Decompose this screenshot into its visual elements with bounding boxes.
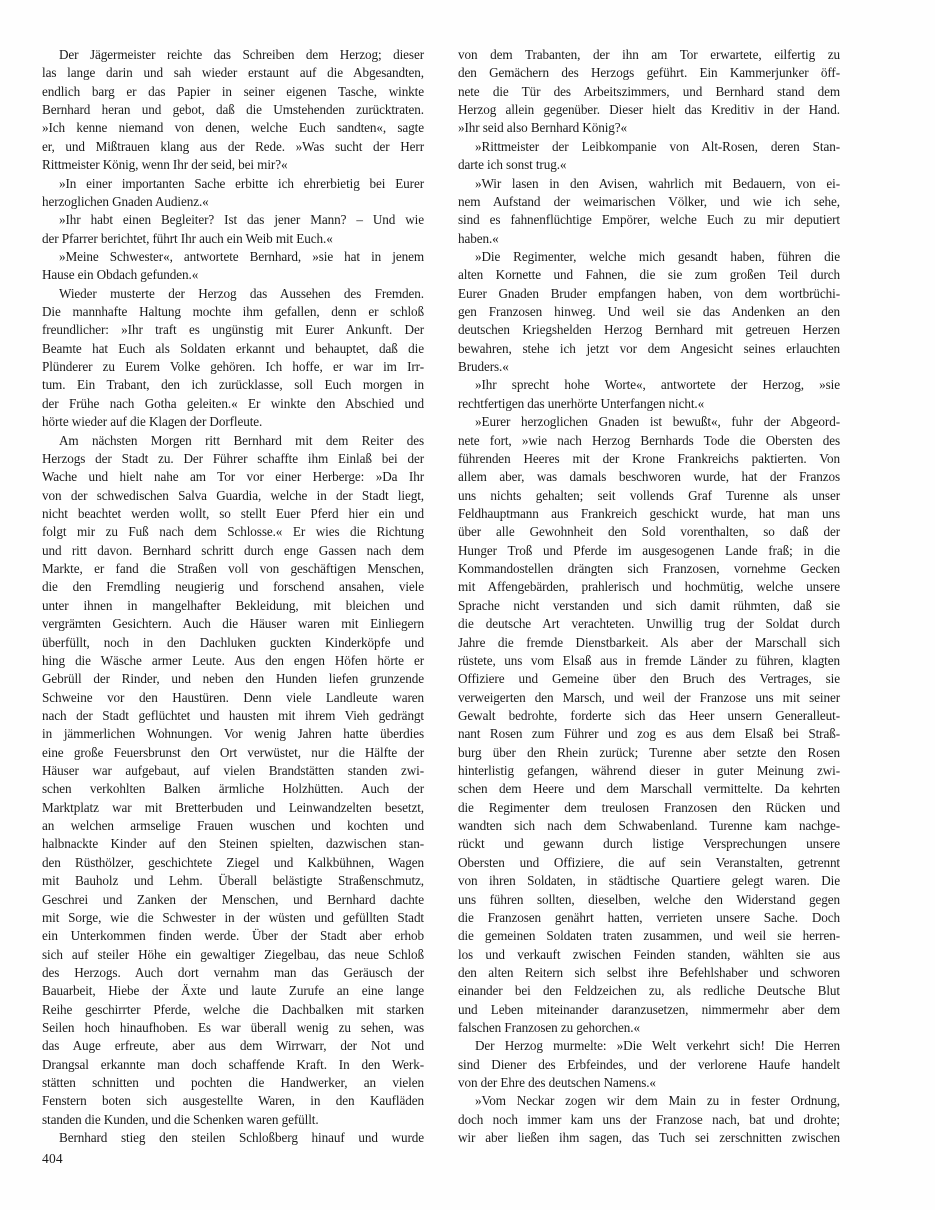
text-line: »Meine Schwester«, antwortete Bernhard, … — [42, 248, 424, 266]
text-line: mit Affengebärden, prahlerisch und hochm… — [458, 578, 840, 596]
text-line: führenden Heeres mit der Krone Frankreic… — [458, 450, 840, 468]
text-line: »In einer importanten Sache erbitte ich … — [42, 175, 424, 193]
text-line: Beamte hat Euch als Soldaten erkannt und… — [42, 340, 424, 358]
text-line: hörte wieder auf die Klagen der Dorfleut… — [42, 413, 424, 431]
text-line: von der Ehre des deutschen Namens.« — [458, 1074, 840, 1092]
text-line: Fenstern boten sich ausgestellte Waren, … — [42, 1092, 424, 1110]
text-line: falschen Franzosen zu gehorchen.« — [458, 1019, 840, 1037]
text-line: las lange darin und sah wieder erstaunt … — [42, 64, 424, 82]
text-line: bewahren, stehe ich jetzt vor dem Angesi… — [458, 340, 840, 358]
text-line: die Regimenter dem treulosen Franzosen d… — [458, 799, 840, 817]
text-line: nicht beachtet werden wollt, so stellt E… — [42, 505, 424, 523]
paragraph: »Vom Neckar zogen wir dem Main zu in fes… — [458, 1092, 840, 1147]
text-line: »Rittmeister der Leibkompanie von Alt-Ro… — [458, 138, 840, 156]
text-line: Schweine vor den Haustüren. Denn viele L… — [42, 689, 424, 707]
paragraph: »Rittmeister der Leibkompanie von Alt-Ro… — [458, 138, 840, 175]
page-number: 404 — [42, 1151, 63, 1167]
text-line: sind Diener des Erbfeindes, und der verl… — [458, 1056, 840, 1074]
text-line: los und verkauft zwischen Feinden stande… — [458, 946, 840, 964]
text-line: der Pfarrer berichtet, führt Ihr auch ei… — [42, 230, 424, 248]
text-line: doch noch immer kam uns der Franzose nac… — [458, 1111, 840, 1129]
text-line: von der schwedischen Salva Guardia, welc… — [42, 487, 424, 505]
text-line: Hause ein Obdach gefunden.« — [42, 266, 424, 284]
text-line: Gebrüll der Rinder, und neben den Hunden… — [42, 670, 424, 688]
text-line: rückt und gewann durch listige Versprech… — [458, 835, 840, 853]
text-line: nem Aufstand der weimarischen Völker, un… — [458, 193, 840, 211]
text-line: er, und Mißtrauen klang aus der Rede. »W… — [42, 138, 424, 156]
text-line: Feldhauptmann aus Frankreich geschickt w… — [458, 505, 840, 523]
right-column: von dem Trabanten, der ihn am Tor erwart… — [458, 46, 840, 1148]
text-line: wir aber ließen ihm sagen, das Tuch sei … — [458, 1129, 840, 1147]
text-line: in jämmerlichen Wohnungen. Vor wenig Jah… — [42, 725, 424, 743]
text-line: und ritt davon. Bernhard schritt durch e… — [42, 542, 424, 560]
text-line: Wache und hielt nahe am Tor vor einer He… — [42, 468, 424, 486]
paragraph: »Meine Schwester«, antwortete Bernhard, … — [42, 248, 424, 285]
text-line: nach der Stadt geflüchtet und hausten mi… — [42, 707, 424, 725]
text-line: die den Fremdling neugierig und forschen… — [42, 578, 424, 596]
text-line: Der Herzog murmelte: »Die Welt verkehrt … — [458, 1037, 840, 1055]
text-line: Bernhard stieg den steilen Schloßberg hi… — [42, 1129, 424, 1147]
text-line: Häuser war aufgebaut, auf vielen Brandst… — [42, 762, 424, 780]
text-line: unter ihnen in mangelhafter Bekleidung, … — [42, 597, 424, 615]
text-line: »Ich kenne niemand von denen, welche Euc… — [42, 119, 424, 137]
text-line: rüstete, uns vom Elsaß aus in fremde Län… — [458, 652, 840, 670]
paragraph: »Ihr habt einen Begleiter? Ist das jener… — [42, 211, 424, 248]
text-line: eine große Feuersbrunst den Ort verwüste… — [42, 744, 424, 762]
text-line: die gemeinen Soldaten traten zusammen, u… — [458, 927, 840, 945]
text-line: vergrämten Gesichtern. Auch die Häuser w… — [42, 615, 424, 633]
text-line: sind es fahnenflüchtige Empörer, welche … — [458, 211, 840, 229]
text-line: Geschrei und Zanken der Menschen, und Be… — [42, 891, 424, 909]
text-line: den Gemächern des Herzogs geführt. Ein K… — [458, 64, 840, 82]
text-line: Bruders.« — [458, 358, 840, 376]
paragraph: Bernhard stieg den steilen Schloßberg hi… — [42, 1129, 424, 1147]
book-page: Der Jägermeister reichte das Schreiben d… — [0, 0, 935, 1210]
text-line: hing die Wäsche armer Leute. Aus den eng… — [42, 652, 424, 670]
text-line: Kommandostellen drängten sich Franzosen,… — [458, 560, 840, 578]
text-line: nete die Tür des Arbeitszimmers, und Ber… — [458, 83, 840, 101]
text-line: nant Rosen zum Führer und zog es aus dem… — [458, 725, 840, 743]
text-line: uns nichts gehalten; seit vollends Graf … — [458, 487, 840, 505]
text-line: Bernhard heran und gebot, daß die Umsteh… — [42, 101, 424, 119]
text-line: Herzogs der Stadt zu. Der Führer schafft… — [42, 450, 424, 468]
text-line: »Eurer herzoglichen Gnaden ist bewußt«, … — [458, 413, 840, 431]
text-line: den Rüsthölzer, geschichtete Ziegel und … — [42, 854, 424, 872]
text-line: Herzog allein gegenüber. Dieser hielt da… — [458, 101, 840, 119]
text-line: überfüllt, noch in den Dachluken guckten… — [42, 634, 424, 652]
text-line: stätten schnitten und pochten die Handwe… — [42, 1074, 424, 1092]
text-line: Gewalt bedrohte, forderte sich das Heer … — [458, 707, 840, 725]
text-line: schen dem Heere und dem Marschall vermit… — [458, 780, 840, 798]
text-line: Hunger Troß und Pferde im ausgesogenen L… — [458, 542, 840, 560]
text-line: die Franzosen genährt hatten, verrieten … — [458, 909, 840, 927]
text-line: die deutsche Art verachteten. Unwillig t… — [458, 615, 840, 633]
text-line: des Herzogs. Auch dort vernahm man das G… — [42, 964, 424, 982]
text-line: Bauarbeit, Hiebe der Äxte und laute Zuru… — [42, 982, 424, 1000]
text-line: den alten Reitern sich selbst ihre Befeh… — [458, 964, 840, 982]
text-line: Obersten und Offiziere, die auf sein Ver… — [458, 854, 840, 872]
text-line: an welchen armselige Frauen wuschen und … — [42, 817, 424, 835]
paragraph: Der Jägermeister reichte das Schreiben d… — [42, 46, 424, 175]
text-line: »Die Regimenter, welche mich gesandt hab… — [458, 248, 840, 266]
text-line: Sprache nicht verstanden und sich damit … — [458, 597, 840, 615]
text-line: alten Kornette und Fahnen, die sie zum g… — [458, 266, 840, 284]
text-line: Rittmeister König, wenn Ihr der seid, be… — [42, 156, 424, 174]
paragraph: Wieder musterte der Herzog das Aussehen … — [42, 285, 424, 432]
text-line: burg über den Rhein zurück; Turenne aber… — [458, 744, 840, 762]
text-line: »Wir lasen in den Avisen, wahrlich mit B… — [458, 175, 840, 193]
text-line: »Ihr seid also Bernhard König?« — [458, 119, 840, 137]
text-line: schen verkohlten Balken ärmliche Holzhüt… — [42, 780, 424, 798]
left-column: Der Jägermeister reichte das Schreiben d… — [42, 46, 424, 1148]
paragraph: Am nächsten Morgen ritt Bernhard mit dem… — [42, 432, 424, 1130]
text-line: standen die Kunden, und die Schenken war… — [42, 1111, 424, 1129]
text-line: deutschen Kriegshelden Herzog Bernhard m… — [458, 321, 840, 339]
paragraph: »Wir lasen in den Avisen, wahrlich mit B… — [458, 175, 840, 248]
text-line: einander bei den Feldzeichen zu, als red… — [458, 982, 840, 1000]
text-columns: Der Jägermeister reichte das Schreiben d… — [42, 46, 840, 1148]
paragraph: »Eurer herzoglichen Gnaden ist bewußt«, … — [458, 413, 840, 1037]
paragraph: »In einer importanten Sache erbitte ich … — [42, 175, 424, 212]
text-line: verweigerten den Marsch, und weil der Fr… — [458, 689, 840, 707]
text-line: mit Sorge, wie die Schwester in der wüst… — [42, 909, 424, 927]
text-line: Plünderer zu Eurem Volke gehören. Ich ho… — [42, 358, 424, 376]
text-line: von ihren Soldaten, in städtische Quarti… — [458, 872, 840, 890]
paragraph: »Die Regimenter, welche mich gesandt hab… — [458, 248, 840, 377]
text-line: Offiziere und Gemeine über den Bruch des… — [458, 670, 840, 688]
text-line: ein Unterkommen finden werde. Über der S… — [42, 927, 424, 945]
text-line: »Vom Neckar zogen wir dem Main zu in fes… — [458, 1092, 840, 1110]
text-line: und Leben miteinander daranzusetzen, nim… — [458, 1001, 840, 1019]
text-line: von dem Trabanten, der ihn am Tor erwart… — [458, 46, 840, 64]
text-line: tum. Ein Trabant, den ich zurücklasse, s… — [42, 376, 424, 394]
text-line: hinterlistig gefangen, während dieser in… — [458, 762, 840, 780]
text-line: Marktplatz war mit Bretterbuden und Lein… — [42, 799, 424, 817]
text-line: darte ich sonst trug.« — [458, 156, 840, 174]
text-line: Am nächsten Morgen ritt Bernhard mit dem… — [42, 432, 424, 450]
text-line: »Ihr sprecht hohe Worte«, antwortete der… — [458, 376, 840, 394]
text-line: gen Franzosen hinweg. Und weil sie das A… — [458, 303, 840, 321]
text-line: Der Jägermeister reichte das Schreiben d… — [42, 46, 424, 64]
text-line: Drangsal erkannte man doch schaffende Kr… — [42, 1056, 424, 1074]
text-line: Eurer Gnaden Bruder empfangen haben, von… — [458, 285, 840, 303]
paragraph: Der Herzog murmelte: »Die Welt verkehrt … — [458, 1037, 840, 1092]
text-line: Markte, er fand die Straßen voll von ges… — [42, 560, 424, 578]
paragraph: »Ihr sprecht hohe Worte«, antwortete der… — [458, 376, 840, 413]
text-line: »Ihr habt einen Begleiter? Ist das jener… — [42, 211, 424, 229]
paragraph: von dem Trabanten, der ihn am Tor erwart… — [458, 46, 840, 138]
text-line: freundlicher: »Ihr traft es ungünstig mi… — [42, 321, 424, 339]
text-line: Reihe geschirrter Pferde, welche die Dac… — [42, 1001, 424, 1019]
text-line: wandten sich nach dem Schwabenland. Ture… — [458, 817, 840, 835]
text-line: das Auge erfreute, aber aus dem Wirrwarr… — [42, 1037, 424, 1055]
text-line: rechtfertigen das unerhörte Unterfangen … — [458, 395, 840, 413]
text-line: über alle Gewohnheit den Sold vorenthalt… — [458, 523, 840, 541]
text-line: endlich barg er das Papier in seiner eig… — [42, 83, 424, 101]
text-line: uns führen sollten, dieselben, welche de… — [458, 891, 840, 909]
text-line: allem aber, was damals beschworen wurde,… — [458, 468, 840, 486]
text-line: herzoglichen Gnaden Audienz.« — [42, 193, 424, 211]
text-line: nete fort, »wie nach Herzog Bernhards To… — [458, 432, 840, 450]
text-line: Wieder musterte der Herzog das Aussehen … — [42, 285, 424, 303]
text-line: sich auf steiler Höhe ein gewaltiger Zie… — [42, 946, 424, 964]
text-line: haben.« — [458, 230, 840, 248]
text-line: halbnackte Kinder auf den Steinen spielt… — [42, 835, 424, 853]
text-line: der Frühe nach Gotha geleiten.« Er winkt… — [42, 395, 424, 413]
text-line: Seilen hoch hinaufhoben. Es war überall … — [42, 1019, 424, 1037]
text-line: mit Bauholz und Lehm. Überall belästigte… — [42, 872, 424, 890]
text-line: Die mannhafte Haltung mochte ihm gefalle… — [42, 303, 424, 321]
text-line: Jahre die fremde Dienstbarkeit. Als aber… — [458, 634, 840, 652]
text-line: folgt mir zu Fuß nach dem Schlosse.« Er … — [42, 523, 424, 541]
